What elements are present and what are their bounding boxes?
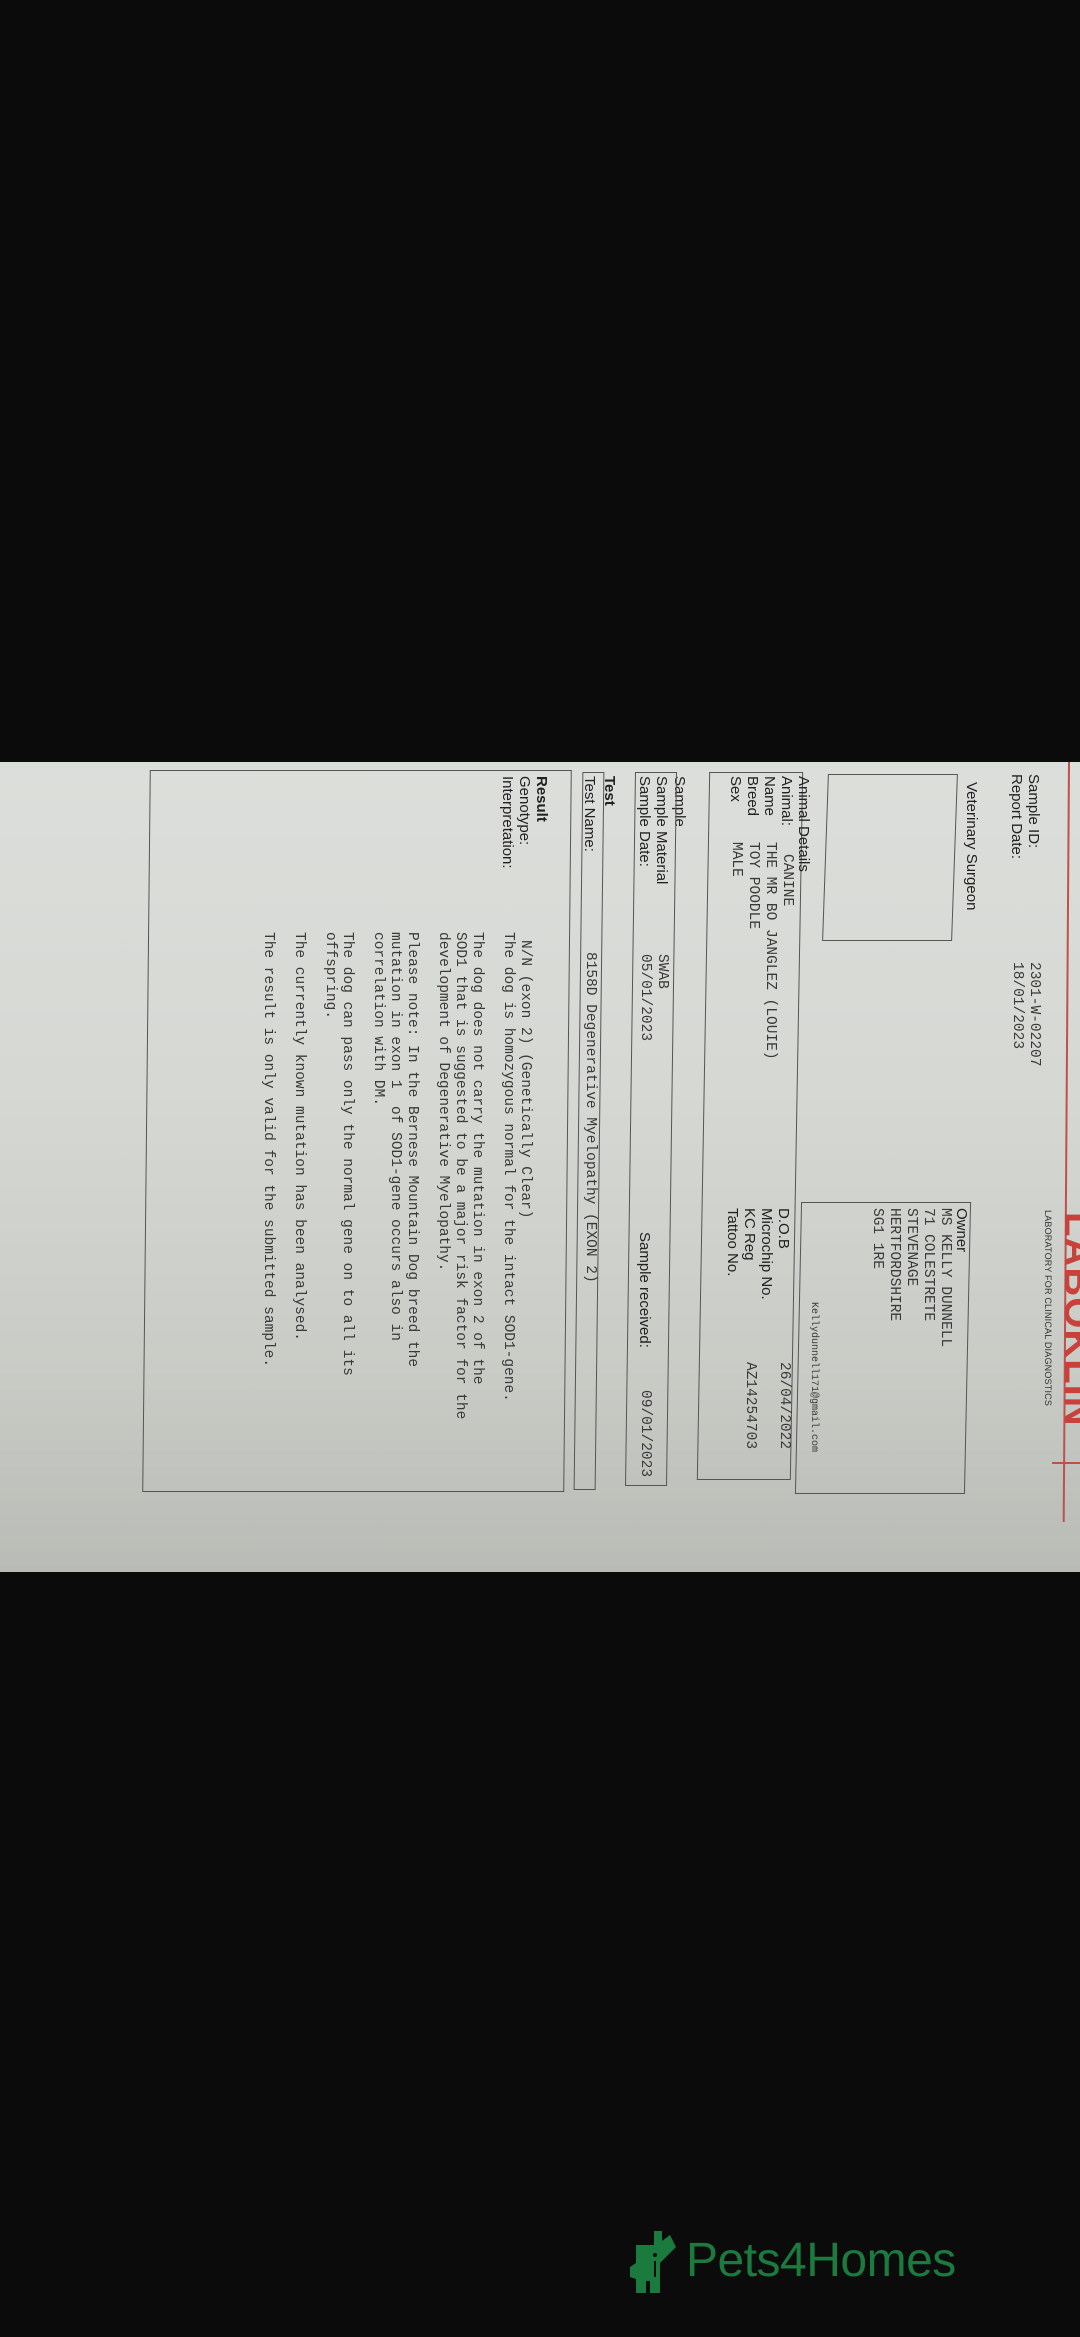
genotype-value: N/N (exon 2) (Genetically Clear) (516, 940, 533, 1218)
interpretation-label: Interpretation: (499, 776, 516, 869)
owner-email: Kellydunnell171@gmail.com (805, 1302, 822, 1452)
result-title: Result (533, 776, 550, 822)
sex-label: Sex (727, 776, 744, 802)
microchip-label: Microchip No. (758, 1208, 775, 1300)
sample-material-value: SWAB (653, 954, 670, 989)
name-value: THE MR BO JANGLEZ (LOUIE) (761, 842, 778, 1060)
document-photo: LABOKLIN LABORATORY FOR CLINICAL DIAGNOS… (0, 762, 1080, 1572)
interpretation-line: SOD1 that is suggested to be a major ris… (451, 932, 468, 1419)
animal-value: CANINE (778, 854, 795, 906)
genotype-label: Genotype: (516, 776, 533, 845)
interpretation-line: correlation with DM. (369, 932, 386, 1419)
sample-date-value: 05/01/2023 (636, 954, 653, 1041)
sample-id-value: 2301-W-02207 (1025, 962, 1042, 1066)
interpretation-line: The dog can pass only the normal gene on… (338, 932, 355, 1419)
breed-label: Breed (744, 776, 761, 816)
owner-line: SG1 1RE (868, 1208, 885, 1347)
kc-reg-value: AZ14254703 (741, 1362, 758, 1449)
owner-address: MS KELLY DUNNELL 71 COLESTRETE STEVENAGE… (868, 1208, 953, 1347)
report-date-label: Report Date: (1008, 774, 1025, 859)
sex-value: MALE (727, 842, 744, 877)
sample-id-label: Sample ID: (1025, 774, 1042, 848)
owner-line: STEVENAGE (902, 1208, 919, 1347)
sample-date-label: Sample Date: (636, 776, 653, 867)
interpretation-line: offspring. (321, 932, 338, 1419)
sample-material-label: Sample Material (653, 776, 670, 884)
pets4homes-watermark: Pets4Homes (628, 2225, 956, 2295)
owner-title: Owner (953, 1208, 970, 1252)
laboklin-logo: LABOKLIN (1058, 1212, 1080, 1427)
interpretation-line: The dog is homozygous normal for the int… (499, 932, 516, 1419)
pets4homes-text: Pets4Homes (686, 2233, 956, 2288)
kc-reg-label: KC Reg (741, 1208, 758, 1261)
interpretation-line: The dog does not carry the mutation in e… (468, 932, 485, 1419)
dob-value: 26/04/2022 (775, 1362, 792, 1449)
sample-received-value: 09/01/2023 (636, 1390, 653, 1477)
name-label: Name (761, 776, 778, 816)
owner-line: HERTFORDSHIRE (885, 1208, 902, 1347)
breed-value: TOY POODLE (744, 842, 761, 929)
interpretation-line: The result is only valid for the submitt… (259, 932, 276, 1419)
animal-details-title: Animal Details (795, 776, 812, 872)
vet-title: Veterinary Surgeon (963, 782, 980, 910)
test-name-label: Test Name: (581, 776, 598, 852)
sample-received-label: Sample received: (636, 1232, 653, 1348)
tattoo-label: Tattoo No. (724, 1208, 741, 1276)
owner-line: 71 COLESTRETE (919, 1208, 936, 1347)
report-date-value: 18/01/2023 (1008, 962, 1025, 1049)
dob-label: D.O.B (775, 1208, 792, 1249)
interpretation-line: The currently known mutation has been an… (290, 932, 307, 1419)
animal-label: Animal: (778, 776, 795, 826)
interpretation-text: The dog is homozygous normal for the int… (259, 932, 516, 1419)
owner-line: MS KELLY DUNNELL (936, 1208, 953, 1347)
laboklin-tagline: LABORATORY FOR CLINICAL DIAGNOSTICS (1039, 1210, 1056, 1406)
interpretation-line: mutation in exon 1 of SOD1-gene occurs a… (386, 932, 403, 1419)
test-name-value: 8158D Degenerative Myelopathy (EXON 2) (581, 952, 598, 1283)
vet-box (822, 774, 958, 941)
dog-house-icon (628, 2227, 680, 2293)
header-rule-tail (1052, 1462, 1080, 1464)
lab-report-page: LABOKLIN LABORATORY FOR CLINICAL DIAGNOS… (0, 762, 1080, 1572)
interpretation-line: Please note: In the Bernese Mountain Dog… (403, 932, 420, 1419)
interpretation-line: development of Degenerative Myelopathy. (434, 932, 451, 1419)
